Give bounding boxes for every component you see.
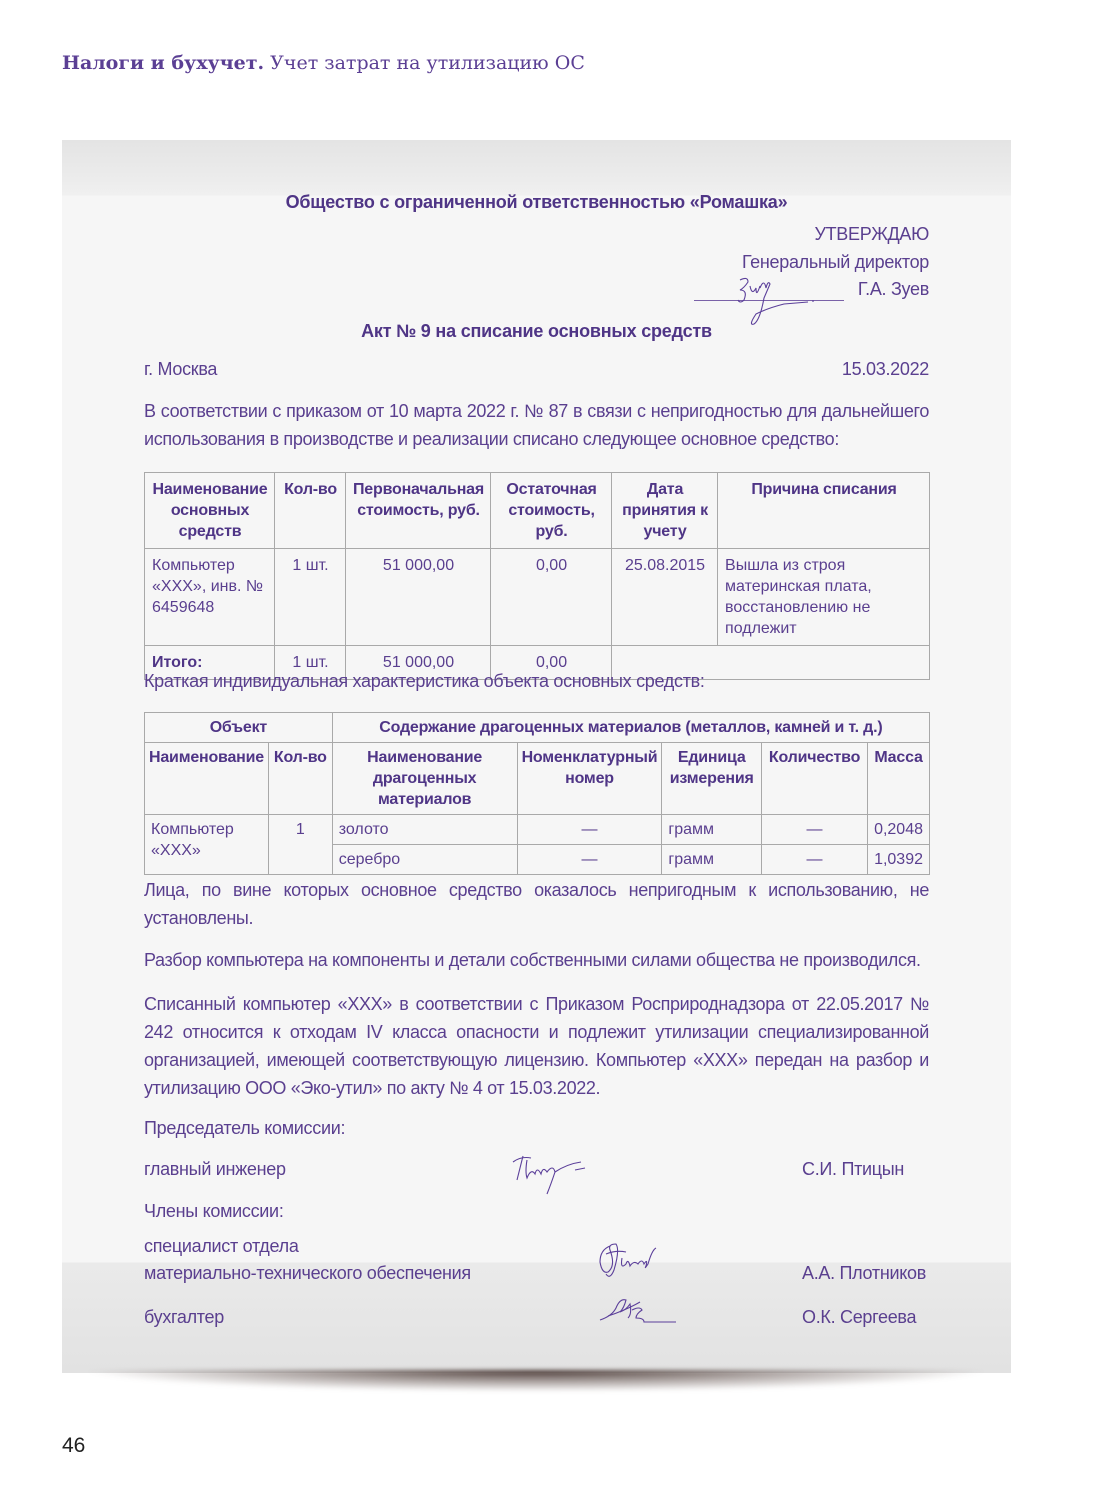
header-cell: Причина списания: [718, 473, 930, 549]
assets-table: Наименование основных средств Кол-во Пер…: [144, 472, 930, 680]
chairman-signature-icon: [509, 1150, 599, 1205]
member-signature-icon: [596, 1292, 681, 1337]
materials-table: Объект Содержание драгоценных материалов…: [144, 712, 930, 875]
object-name: Компьютер «ХХХ»: [145, 815, 269, 875]
approval-position: Генеральный директор: [742, 252, 929, 273]
material-unit: грамм: [662, 845, 762, 875]
material-mass: 1,0392: [868, 845, 930, 875]
member-position: бухгалтер: [144, 1307, 224, 1328]
members-label: Члены комиссии:: [144, 1201, 284, 1222]
asset-name: Компьютер «ХХХ», инв. № 6459648: [145, 549, 275, 646]
member-name: А.А. Плотников: [802, 1263, 926, 1284]
header-cell: Масса: [868, 743, 930, 815]
running-head: Налоги и бухучет. Учет затрат на утилиза…: [62, 52, 585, 74]
asset-date: 25.08.2015: [612, 549, 718, 646]
header-cell: Наименование: [145, 743, 269, 815]
approval-name: Г.А. Зуев: [858, 279, 929, 300]
member-position-line2: материально-технического обеспечения: [144, 1263, 471, 1284]
header-cell: Наименование драгоценных материалов: [332, 743, 517, 815]
group-header-materials: Содержание драгоценных материалов (метал…: [332, 713, 929, 743]
material-name: золото: [332, 815, 517, 845]
asset-residual-cost: 0,00: [491, 549, 612, 646]
table-row: Компьютер «ХХХ» 1 золото — грамм — 0,204…: [145, 815, 930, 845]
material-unit: грамм: [662, 815, 762, 845]
asset-qty: 1 шт.: [275, 549, 346, 646]
header-cell: Кол-во: [275, 473, 346, 549]
header-cell: Остаточная стоимость, руб.: [491, 473, 612, 549]
act-title: Акт № 9 на списание основных средств: [144, 321, 929, 342]
object-qty: 1: [268, 815, 332, 875]
document-date: 15.03.2022: [842, 359, 929, 380]
chairman-label: Председатель комиссии:: [144, 1118, 345, 1139]
header-cell: Наименование основных средств: [145, 473, 275, 549]
table-row: Компьютер «ХХХ», инв. № 6459648 1 шт. 51…: [145, 549, 930, 646]
document-sheet: Общество с ограниченной ответственностью…: [62, 140, 1011, 1373]
paragraph-disassembly: Разбор компьютера на компоненты и детали…: [144, 946, 929, 974]
header-cell: Количество: [762, 743, 868, 815]
member-position-line1: специалист отдела: [144, 1236, 299, 1257]
materials-group-header: Объект Содержание драгоценных материалов…: [145, 713, 930, 743]
group-header-object: Объект: [145, 713, 333, 743]
assets-table-header: Наименование основных средств Кол-во Пер…: [145, 473, 930, 549]
material-quantity: —: [762, 815, 868, 845]
header-cell: Первоначальная стоимость, руб.: [346, 473, 491, 549]
material-nomenclature: —: [517, 815, 662, 845]
paragraph-disposal: Списанный компьютер «ХХХ» в соответствии…: [144, 990, 929, 1102]
asset-reason: Вышла из строя материнская плата, восста…: [718, 549, 930, 646]
header-cell: Единица измерения: [662, 743, 762, 815]
company-name: Общество с ограниченной ответственностью…: [144, 192, 929, 213]
chairman-name: С.И. Птицын: [802, 1159, 904, 1180]
header-cell: Кол-во: [268, 743, 332, 815]
header-cell: Дата принятия к учету: [612, 473, 718, 549]
member-signature-icon: [596, 1240, 676, 1295]
material-mass: 0,2048: [868, 815, 930, 845]
material-quantity: —: [762, 845, 868, 875]
material-nomenclature: —: [517, 845, 662, 875]
sheet-shadow: [80, 1370, 992, 1392]
approval-label: УТВЕРЖДАЮ: [814, 224, 929, 245]
running-head-section: Налоги и бухучет.: [62, 52, 264, 74]
paragraph-responsibility: Лица, по вине которых основное средство …: [144, 876, 929, 932]
running-head-title: Учет затрат на утилизацию ОС: [270, 52, 585, 74]
intro-paragraph: В соответствии с приказом от 10 марта 20…: [144, 397, 929, 453]
header-cell: Номенклатурный номер: [517, 743, 662, 815]
characteristic-label: Краткая индивидуальная характеристика об…: [144, 671, 705, 692]
page-number: 46: [62, 1434, 85, 1458]
chairman-position: главный инженер: [144, 1159, 286, 1180]
city: г. Москва: [144, 359, 217, 380]
materials-header: Наименование Кол-во Наименование драгоце…: [145, 743, 930, 815]
material-name: серебро: [332, 845, 517, 875]
member-name: О.К. Сергеева: [802, 1307, 916, 1328]
asset-initial-cost: 51 000,00: [346, 549, 491, 646]
